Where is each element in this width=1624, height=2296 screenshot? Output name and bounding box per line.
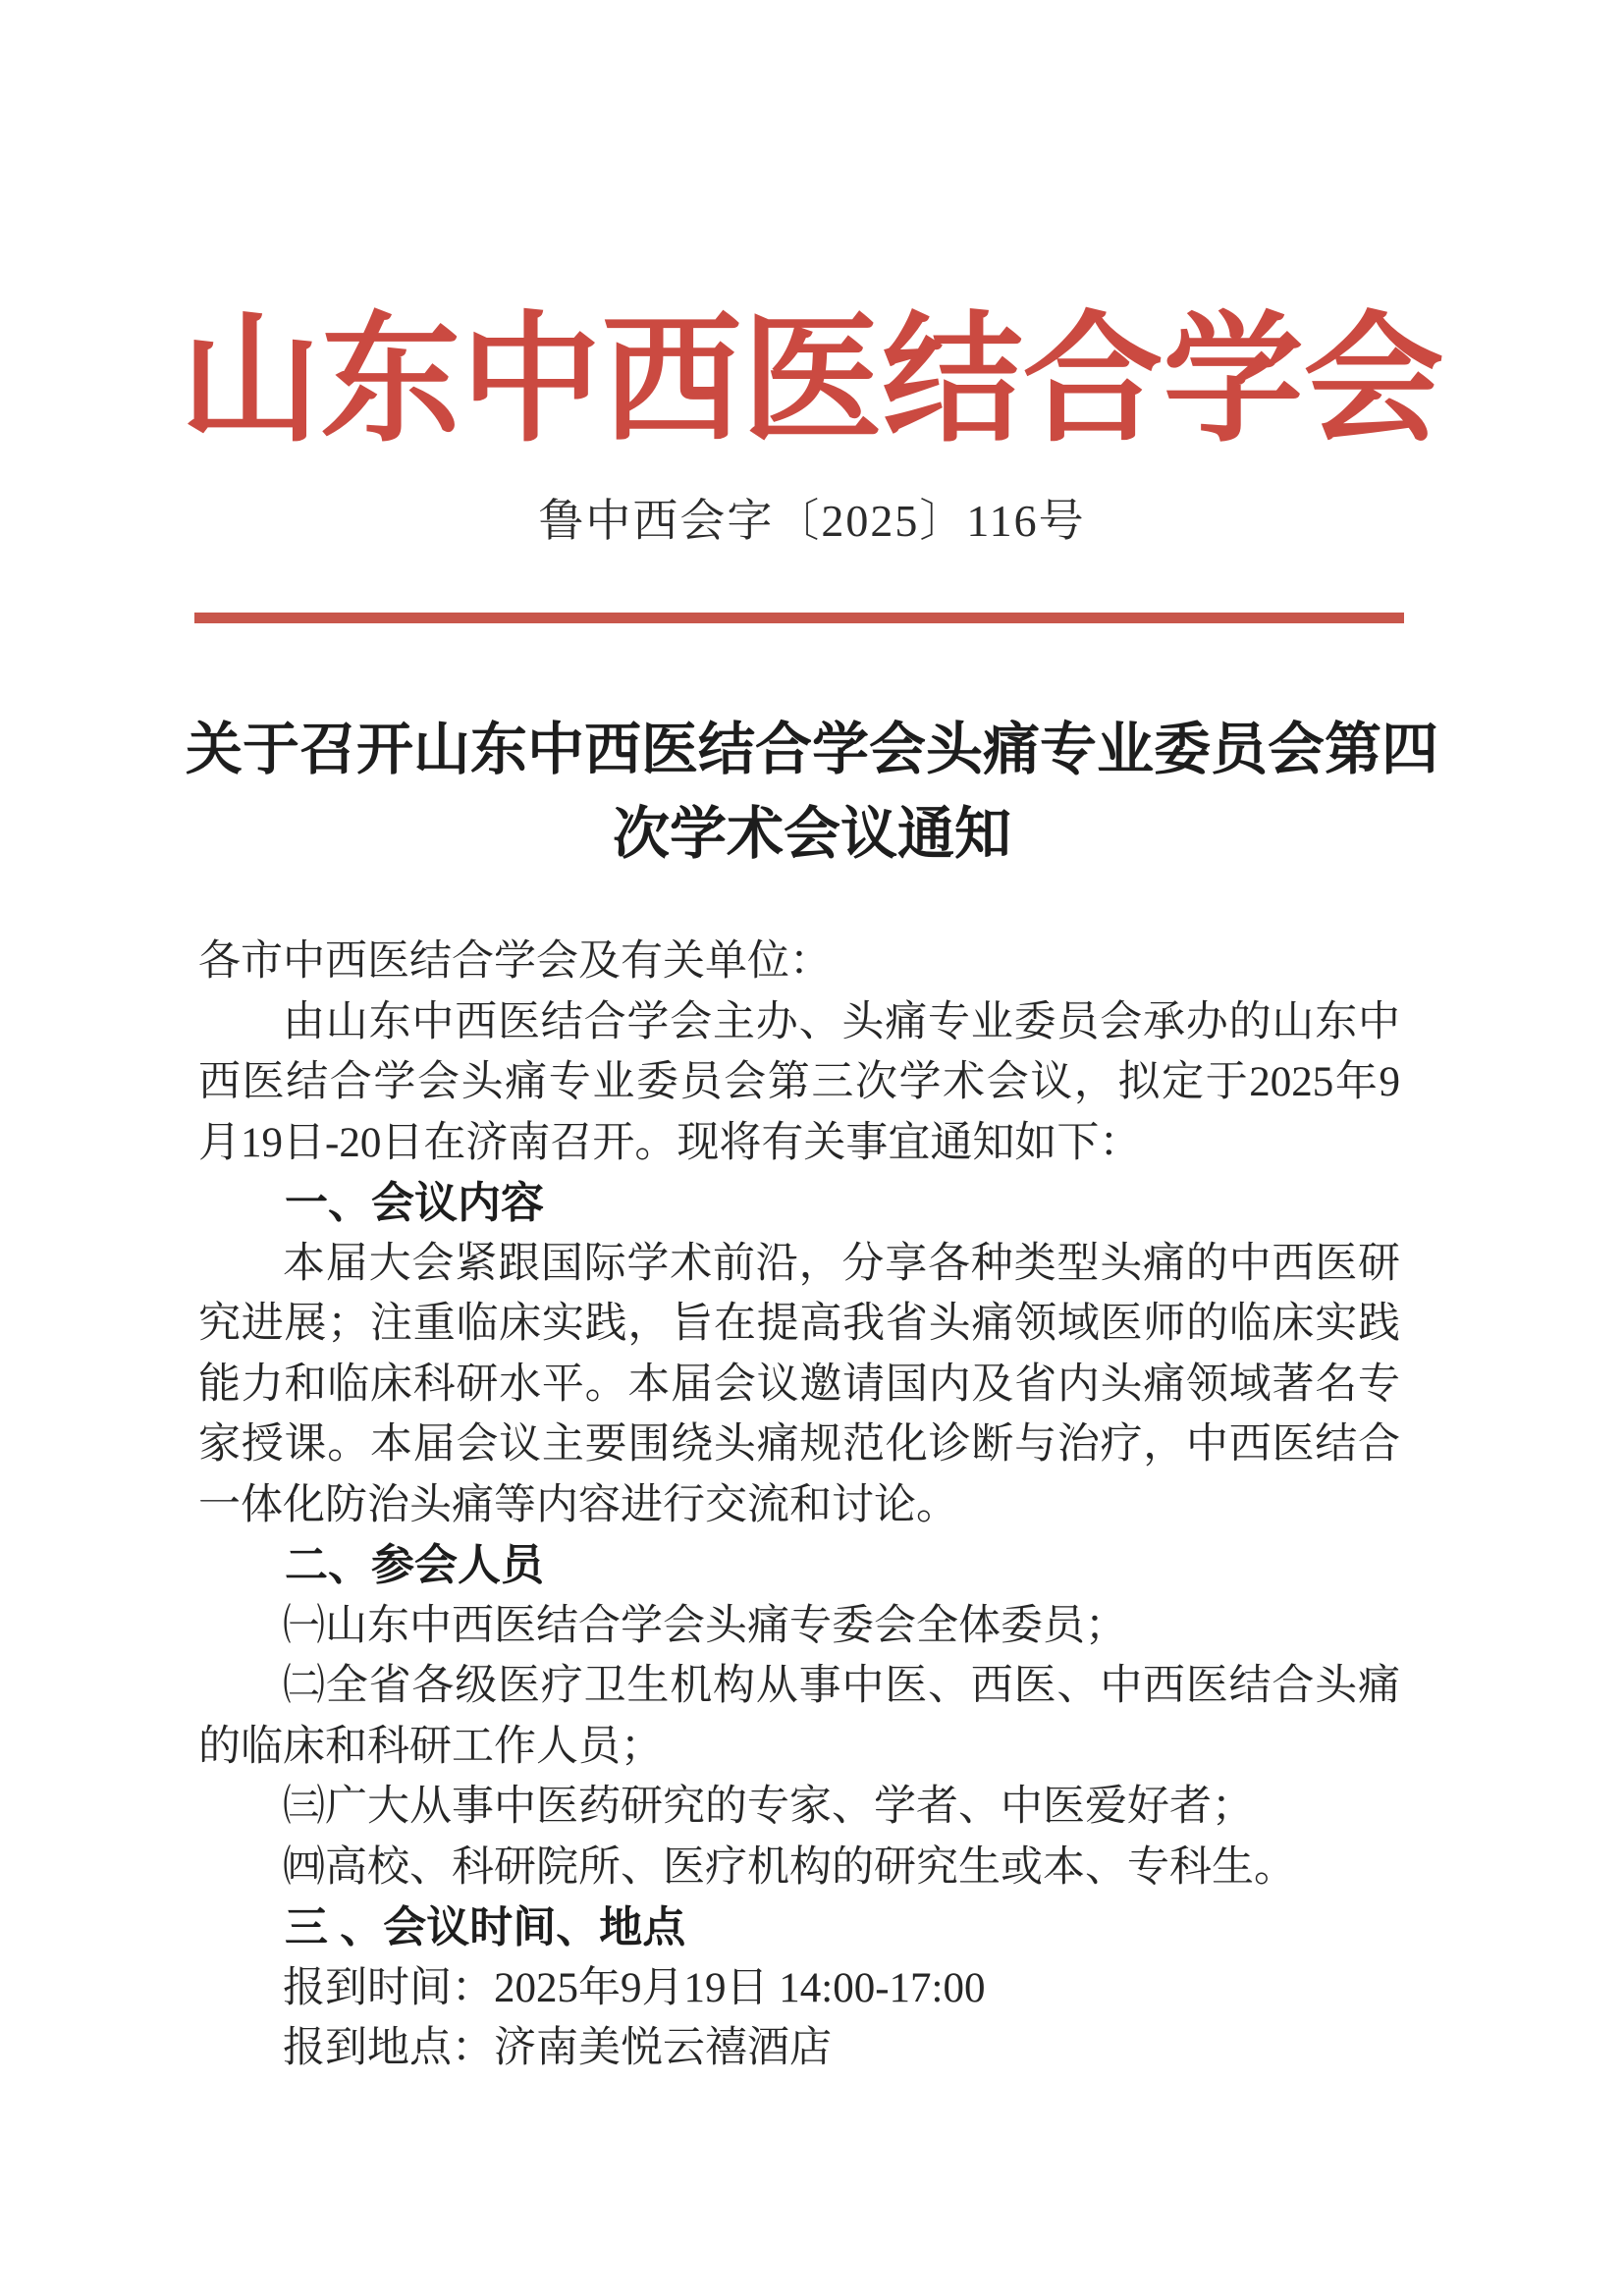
- scanned-document-page: 山东中西医结合学会 鲁中西会字〔2025〕116号 关于召开山东中西医结合学会头…: [0, 0, 1624, 2296]
- participant-item-4: ㈣高校、科研院所、医疗机构的研究生或本、专科生。: [198, 1838, 1400, 1898]
- notice-title: 关于召开山东中西医结合学会头痛专业委员会第四次学术会议通知: [184, 708, 1440, 877]
- document-reference-number: 鲁中西会字〔2025〕116号: [0, 497, 1624, 546]
- participant-item-1: ㈠山东中西医结合学会头痛专委会全体委员；: [198, 1596, 1400, 1657]
- salutation: 各市中西医结合学会及有关单位：: [198, 932, 1400, 992]
- red-divider-line: [194, 613, 1404, 623]
- paragraph-opening: 由山东中西医结合学会主办、头痛专业委员会承办的山东中西医结合学会头痛专业委员会第…: [198, 992, 1400, 1174]
- section-heading-meeting-content: 一、会议内容: [198, 1173, 1400, 1234]
- organization-title: 山东中西医结合学会: [0, 306, 1624, 455]
- registration-location: 报到地点：济南美悦云禧酒店: [198, 2018, 1400, 2079]
- participant-item-2: ㈡全省各级医疗卫生机构从事中医、西医、中西医结合头痛的临床和科研工作人员；: [198, 1656, 1400, 1777]
- section-heading-time-location: 三 、会议时间、地点: [198, 1897, 1400, 1958]
- document-body: 各市中西医结合学会及有关单位： 由山东中西医结合学会主办、头痛专业委员会承办的山…: [198, 932, 1400, 2079]
- participant-item-3: ㈢广大从事中医药研究的专家、学者、中医爱好者；: [198, 1777, 1400, 1838]
- registration-time: 报到时间：2025年9月19日 14:00-17:00: [198, 1958, 1400, 2019]
- paragraph-meeting-content: 本届大会紧跟国际学术前沿，分享各种类型头痛的中西医研究进展；注重临床实践，旨在提…: [198, 1234, 1400, 1536]
- section-heading-participants: 二、参会人员: [198, 1535, 1400, 1596]
